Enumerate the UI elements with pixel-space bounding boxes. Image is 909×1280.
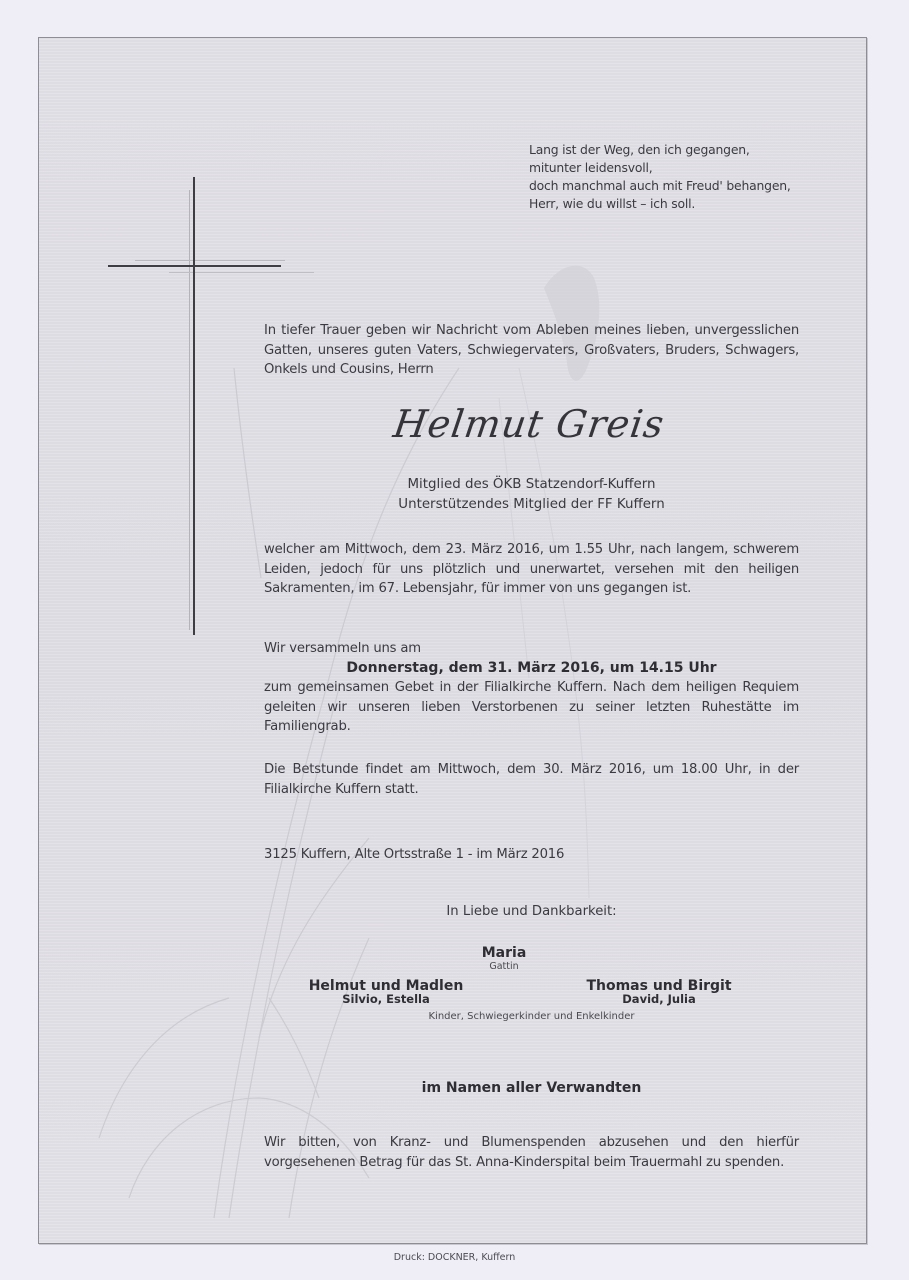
printer-credit: Druck: DOCKNER, Kuffern — [0, 1252, 909, 1263]
thanks-line: In Liebe und Dankbarkeit: — [264, 904, 799, 919]
announcement-intro: In tiefer Trauer geben wir Nachricht vom… — [264, 321, 799, 380]
membership-line: Unterstützendes Mitglied der FF Kuffern — [264, 495, 799, 515]
relation-line: Kinder, Schwiegerkinder und Enkelkinder — [339, 1011, 724, 1023]
prayer-text: zum gemeinsamen Gebet in der Filialkirch… — [264, 678, 799, 737]
family-children: Silvio, Estella — [301, 992, 471, 1006]
deceased-name: Helmut Greis — [366, 402, 692, 446]
spouse-relation: Gattin — [464, 961, 544, 973]
on-behalf-line: im Namen aller Verwandten — [264, 1078, 799, 1098]
obituary-card: Lang ist der Weg, den ich gegangen, mitu… — [38, 37, 867, 1244]
cross-shadow-horizontal — [135, 260, 285, 261]
cross-icon-vertical-beam — [193, 177, 195, 635]
gathering-intro: Wir versammeln uns am — [264, 639, 421, 659]
poem-line: mitunter leidensvoll, — [529, 159, 791, 177]
place-and-date: 3125 Kuffern, Alte Ortsstraße 1 - im Mär… — [264, 845, 564, 865]
poem-line: Herr, wie du willst – ich soll. — [529, 195, 791, 213]
family-children: David, Julia — [574, 992, 744, 1006]
membership-line: Mitglied des ÖKB Statzendorf-Kuffern — [264, 475, 799, 495]
poem-line: Lang ist der Weg, den ich gegangen, — [529, 141, 791, 159]
cross-shadow-vertical — [189, 190, 190, 630]
service-datetime: Donnerstag, dem 31. März 2016, um 14.15 … — [264, 658, 799, 678]
cross-icon-horizontal-beam — [108, 265, 281, 267]
death-notice: welcher am Mittwoch, dem 23. März 2016, … — [264, 540, 799, 599]
vigil-text: Die Betstunde findet am Mittwoch, dem 30… — [264, 760, 799, 799]
poem: Lang ist der Weg, den ich gegangen, mitu… — [529, 141, 791, 213]
poem-line: doch manchmal auch mit Freud' behangen, — [529, 177, 791, 195]
spouse-name: Maria — [464, 944, 544, 962]
reed-bird-background-illustration — [39, 38, 866, 1243]
donation-request: Wir bitten, von Kranz- und Blumenspenden… — [264, 1133, 799, 1172]
cross-shadow-horizontal-lower — [169, 272, 314, 273]
